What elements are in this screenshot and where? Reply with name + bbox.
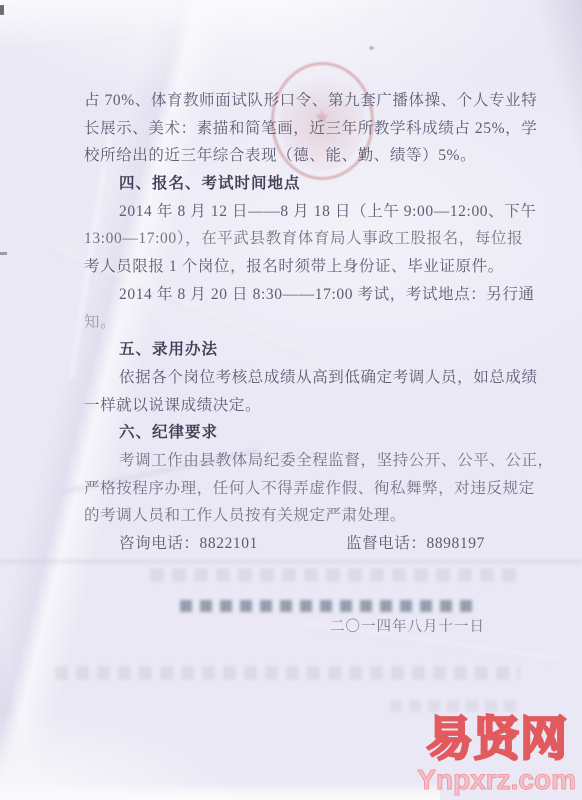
ink-bleedthrough [150,568,520,582]
doc-line-2: 校所给出的近三年综合表现（德、能、勤、绩等）5%。 [84,142,536,170]
scan-edge-mark [0,252,7,255]
doc-line-1: 长展示、美术：素描和简笔画，近三年所教学科成绩占 25%，学 [84,115,536,143]
doc-line-10: 依据各个岗位考核总成绩从高到低确定考调人员，如总成绩 [84,364,536,392]
doc-line-5: 13:00—17:00），在平武县教育体育局人事政工股报名，每位报 [84,225,536,253]
scanned-document-page: 占 70%、体育教师面试队形口令、第九套广播体操、个人专业特 长展示、美术：素描… [0,0,582,800]
contact-phones-line: 咨询电话：8822101 监督电话：8898197 [84,530,536,558]
scan-edge-bottom [0,780,440,800]
consult-phone: 咨询电话：8822101 [119,530,258,558]
doc-line-15: 的考调人员和工作人员按有关规定严肃处理。 [84,502,536,530]
doc-line-6: 考人员限报 1 个岗位，报名时须带上身份证、毕业证原件。 [84,253,536,281]
supervise-phone-label: 监督电话： [346,535,427,552]
ink-bleedthrough [55,666,520,680]
section-heading-employment: 五、录用办法 [84,336,536,364]
doc-line-7: 2014 年 8 月 20 日 8:30——17:00 考试，考试地点：另行通 [84,281,536,309]
doc-line-8: 知。 [84,309,536,337]
ink-bleedthrough [390,700,520,712]
section-heading-discipline: 六、纪律要求 [84,419,536,447]
document-date: 二〇一四年八月十一日 [330,612,485,642]
doc-line-0: 占 70%、体育教师面试队形口令、第九套广播体操、个人专业特 [84,87,536,115]
doc-line-14: 严格按程序办理，任何人不得弄虚作假、徇私舞弊，对违反规定 [84,475,536,503]
supervise-phone: 监督电话：8898197 [346,530,485,558]
consult-phone-number: 8822101 [200,535,258,552]
scan-edge-mark [0,5,4,15]
site-watermark: 易贤网 Ynpxrz.com [417,716,576,794]
watermark-site-name: 易贤网 [417,716,576,765]
doc-line-11: 一样就以说课成绩决定。 [84,392,536,420]
ink-bleedthrough [180,600,480,612]
document-text-block: 占 70%、体育教师面试队形口令、第九套广播体操、个人专业特 长展示、美术：素描… [84,87,536,558]
section-heading-registration: 四、报名、考试时间地点 [84,170,536,198]
doc-line-4: 2014 年 8 月 12 日——8 月 18 日（上午 9:00—12:00、… [84,198,536,226]
consult-phone-label: 咨询电话： [119,535,200,552]
watermark-site-url: Ynpxrz.com [417,766,576,794]
supervise-phone-number: 8898197 [426,535,484,552]
paper-crease [0,560,582,563]
doc-line-13: 考调工作由县教体局纪委全程监督，坚持公开、公平、公正， [84,447,536,475]
paper-speck [369,46,374,50]
